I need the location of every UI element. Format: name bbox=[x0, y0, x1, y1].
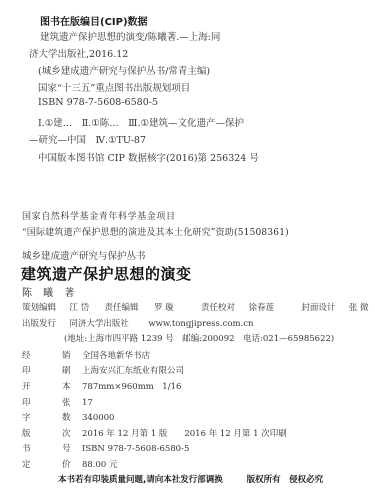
row-label-b: 价 bbox=[62, 458, 82, 470]
row-value: 上海安兴汇东纸业有限公司 bbox=[82, 366, 184, 376]
imprint-row-printer: 印刷上海安兴汇东纸业有限公司 bbox=[22, 364, 184, 376]
funding-line-program: 国家自然科学基金青年科学基金项目 bbox=[22, 209, 176, 222]
imprint-row-format: 开本787mm×960mm 1/16 bbox=[22, 380, 181, 392]
imprint-row-price: 定价88.00 元 bbox=[22, 458, 118, 470]
row-value: 17 bbox=[82, 398, 93, 408]
funding-line-project: “国际建筑遗产保护思想的演进及其本土化研究”资助(51508361) bbox=[22, 225, 289, 238]
proofreader: 徐春莲 bbox=[248, 303, 274, 313]
responsible-editor: 罗 璇 bbox=[154, 303, 174, 313]
row-label-b: 销 bbox=[62, 349, 82, 361]
row-label-b: 数 bbox=[62, 411, 82, 423]
row-value: 全国各地新华书店 bbox=[82, 351, 150, 361]
row-label-a: 印 bbox=[22, 396, 50, 408]
cover-design-label: 封面设计 bbox=[301, 303, 335, 313]
row-label-a: 书 bbox=[22, 442, 50, 454]
row-value: 88.00 元 bbox=[82, 460, 118, 470]
imprint-publisher-row: 出版发行 同济大学出版社 www.tongjipress.com.cn bbox=[22, 317, 254, 329]
cip-line-title: 建筑遗产保护思想的演变/陈曦著.—上海:同 bbox=[40, 29, 220, 43]
imprint-row-edition: 版次2016 年 12 月第 1 版 2016 年 12 月第 1 次印刷 bbox=[22, 427, 287, 439]
cip-line-isbn: ISBN 978-7-5608-6580-5 bbox=[38, 97, 158, 108]
row-label-b: 刷 bbox=[62, 364, 82, 376]
publisher-label: 出版发行 bbox=[22, 317, 62, 329]
quality-notice-text: 本书若有印装质量问题,请向本社发行部调换 bbox=[58, 475, 223, 485]
row-value: 2016 年 12 月第 1 版 2016 年 12 月第 1 次印刷 bbox=[82, 429, 287, 439]
imprint-row-sheets: 印张17 bbox=[22, 396, 93, 408]
responsible-editor-label: 责任编辑 bbox=[105, 303, 139, 313]
row-value: 787mm×960mm 1/16 bbox=[82, 382, 181, 392]
planning-editor-label: 策划编辑 bbox=[22, 301, 62, 313]
planning-editor: 江 岱 bbox=[69, 303, 89, 313]
imprint-row-word-count: 字数340000 bbox=[22, 411, 114, 423]
row-label-b: 本 bbox=[62, 380, 82, 392]
cip-line-publisher: 济大学出版社,2016.12 bbox=[29, 46, 128, 60]
row-label-a: 印 bbox=[22, 364, 50, 376]
row-label-a: 经 bbox=[22, 349, 50, 361]
row-label-a: 字 bbox=[22, 411, 50, 423]
book-title: 建筑遗产保护思想的演变 bbox=[21, 263, 192, 284]
imprint-editorial-row: 策划编辑 江 岱 责任编辑 罗 璇 责任校对 徐春莲 封面设计 张 微 bbox=[22, 301, 369, 313]
row-label-a: 开 bbox=[22, 380, 50, 392]
cip-line-project: 国家“十三五”重点图书出版规划项目 bbox=[38, 80, 190, 94]
row-label-a: 定 bbox=[22, 458, 50, 470]
publisher-name: 同济大学出版社 bbox=[69, 319, 129, 329]
row-label-b: 号 bbox=[62, 442, 82, 454]
copyright-notice: 版权所有 侵权必究 bbox=[247, 475, 324, 485]
row-label-b: 次 bbox=[62, 427, 82, 439]
publisher-address: (地址:上海市四平路 1239 号 邮编:200092 电话:021—65985… bbox=[64, 332, 334, 344]
cip-line-classification: Ⅰ.①建… Ⅱ.①陈… Ⅲ.①建筑—文化遗产—保护 bbox=[38, 115, 244, 129]
cover-designer: 张 微 bbox=[349, 303, 369, 313]
row-label-b: 张 bbox=[62, 396, 82, 408]
series-name: 城乡建成遗产研究与保护丛书 bbox=[22, 248, 146, 262]
proofreader-label: 责任校对 bbox=[201, 303, 235, 313]
cip-line-record-number: 中国版本图书馆 CIP 数据核字(2016)第 256324 号 bbox=[38, 150, 259, 164]
imprint-row-distributor: 经销全国各地新华书店 bbox=[22, 349, 150, 361]
imprint-row-isbn: 书号ISBN 978-7-5608-6580-5 bbox=[22, 442, 189, 454]
row-value: 340000 bbox=[82, 413, 114, 423]
row-value: ISBN 978-7-5608-6580-5 bbox=[82, 444, 189, 454]
book-author: 陈 曦 著 bbox=[22, 284, 78, 299]
publisher-url: www.tongjipress.com.cn bbox=[148, 319, 253, 329]
cip-line-series: (城乡建成遗产研究与保护丛书/常青主编) bbox=[38, 63, 210, 77]
cip-line-classification-cont: —研究—中国 Ⅳ.①TU-87 bbox=[29, 132, 146, 146]
cip-heading: 图书在版编目(CIP)数据 bbox=[40, 13, 148, 28]
quality-notice: 本书若有印装质量问题,请向本社发行部调换 版权所有 侵权必究 bbox=[58, 473, 323, 485]
row-label-a: 版 bbox=[22, 427, 50, 439]
